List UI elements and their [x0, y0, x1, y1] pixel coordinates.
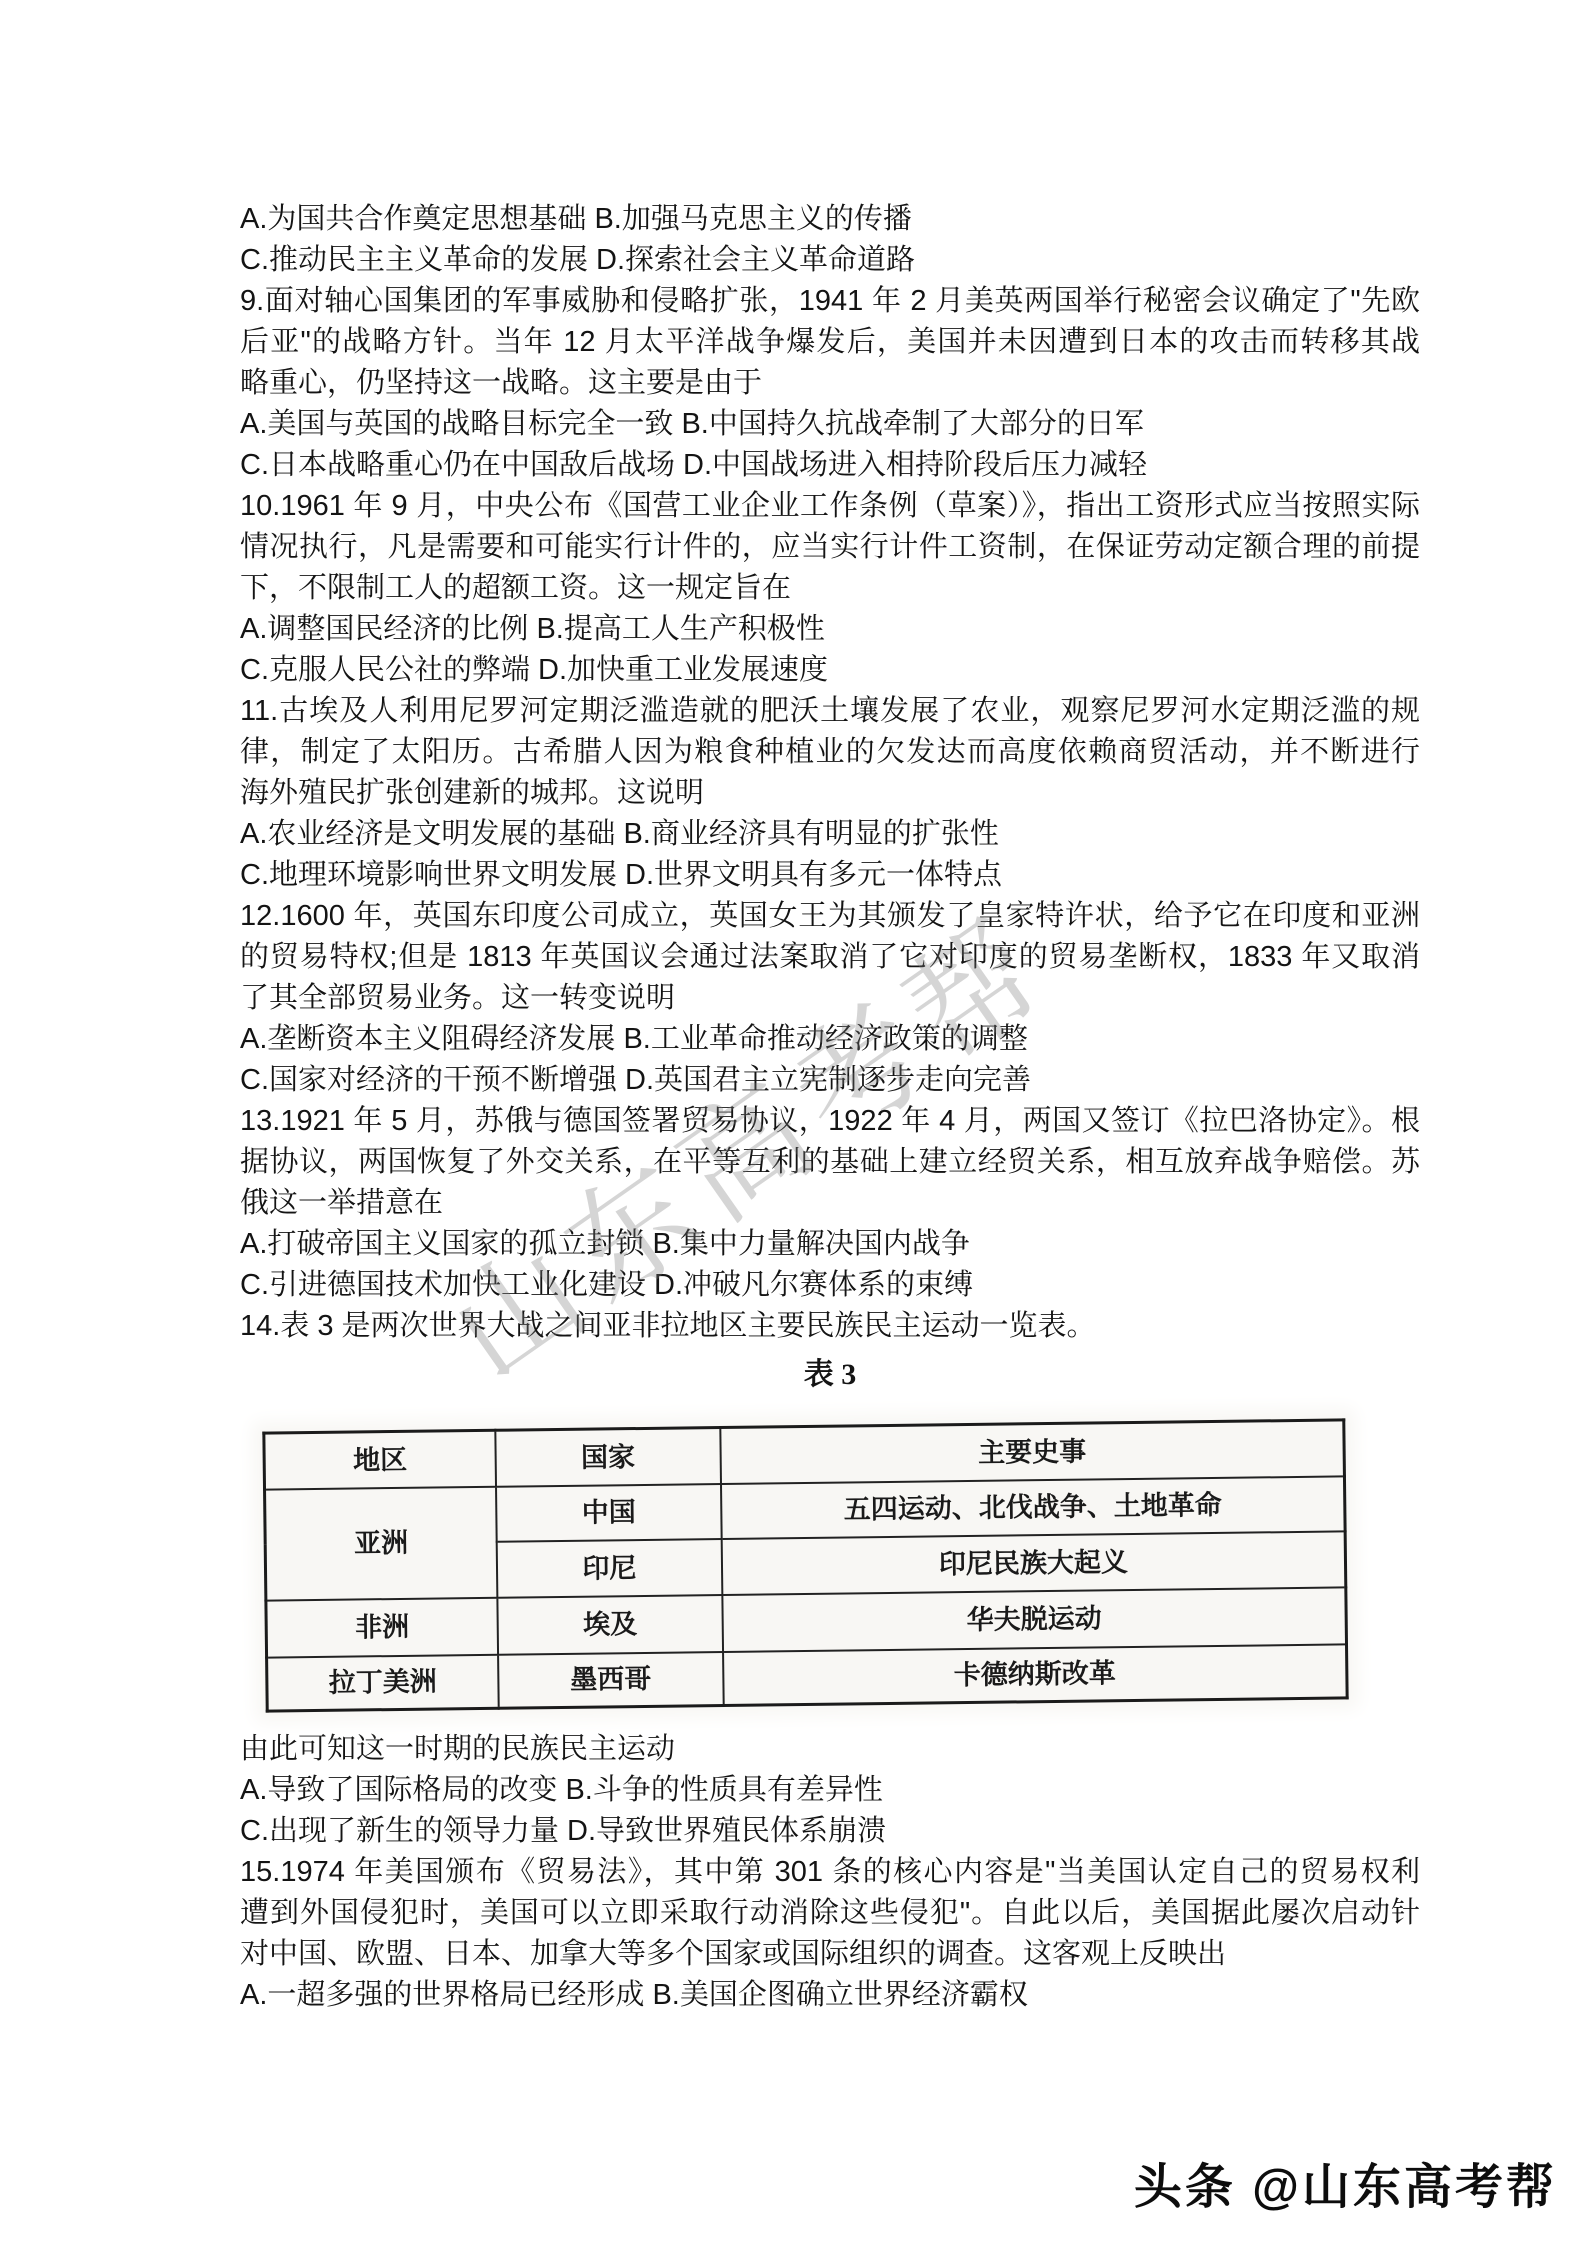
q11-stem-line3: 海外殖民扩张创建新的城邦。这说明	[240, 773, 1420, 814]
cell-events-china: 五四运动、北伐战争、土地革命	[721, 1476, 1345, 1539]
cell-events-egypt: 华夫脱运动	[722, 1587, 1346, 1652]
q12-stem-line2: 的贸易特权;但是 1813 年英国议会通过法案取消了它对印度的贸易垄断权，183…	[240, 937, 1420, 978]
q8-options-ab: A.为国共合作奠定思想基础 B.加强马克思主义的传播	[240, 199, 1420, 240]
table3-scan: 地区 国家 主要史事 亚洲 中国 五四运动、北伐战争、土地革命 印尼 印尼民族大…	[262, 1418, 1348, 1712]
q12-stem-line3: 了其全部贸易业务。这一转变说明	[240, 978, 1420, 1019]
q12-options-cd: C.国家对经济的干预不断增强 D.英国君主立宪制逐步走向完善	[240, 1060, 1420, 1101]
q10-options-ab: A.调整国民经济的比例 B.提高工人生产积极性	[240, 609, 1420, 650]
q12-stem-line1: 12.1600 年，英国东印度公司成立，英国女王为其颁发了皇家特许状，给予它在印…	[240, 896, 1420, 937]
q14-options-ab: A.导致了国际格局的改变 B.斗争的性质具有差异性	[240, 1770, 1420, 1811]
q15-options-ab: A.一超多强的世界格局已经形成 B.美国企图确立世界经济霸权	[240, 1975, 1420, 2016]
q9-stem-line3: 略重心，仍坚持这一战略。这主要是由于	[240, 363, 1420, 404]
cell-country-mexico: 墨西哥	[498, 1652, 724, 1708]
q15-stem-line1: 15.1974 年美国颁布《贸易法》，其中第 301 条的核心内容是"当美国认定…	[240, 1852, 1420, 1893]
q11-options-cd: C.地理环境影响世界文明发展 D.世界文明具有多元一体特点	[240, 855, 1420, 896]
q8-options-cd: C.推动民主主义革命的发展 D.探索社会主义革命道路	[240, 240, 1420, 281]
q10-stem-line2: 情况执行，凡是需要和可能实行计件的，应当实行计件工资制，在保证劳动定额合理的前提	[240, 527, 1420, 568]
q13-stem-line3: 俄这一举措意在	[240, 1183, 1420, 1224]
q11-stem-line2: 律，制定了太阳历。古希腊人因为粮食种植业的欠发达而高度依赖商贸活动，并不断进行	[240, 732, 1420, 773]
table-caption: 表 3	[240, 1347, 1420, 1403]
cell-region-africa: 非洲	[266, 1598, 498, 1658]
cell-region-latin-america: 拉丁美洲	[267, 1655, 499, 1711]
q9-stem-line2: 后亚"的战略方针。当年 12 月太平洋战争爆发后，美国并未因遭到日本的攻击而转移…	[240, 322, 1420, 363]
table3: 地区 国家 主要史事 亚洲 中国 五四运动、北伐战争、土地革命 印尼 印尼民族大…	[262, 1418, 1348, 1712]
q9-options-cd: C.日本战略重心仍在中国敌后战场 D.中国战场进入相持阶段后压力减轻	[240, 445, 1420, 486]
cell-country-indonesia: 印尼	[497, 1539, 723, 1598]
q14-conclusion: 由此可知这一时期的民族民主运动	[240, 1729, 1420, 1770]
q15-stem-line2: 遭到外国侵犯时，美国可以立即采取行动消除这些侵犯"。自此以后，美国据此屡次启动针	[240, 1893, 1420, 1934]
header-events: 主要史事	[720, 1420, 1344, 1484]
cell-country-china: 中国	[496, 1484, 722, 1542]
cell-events-indonesia: 印尼民族大起义	[722, 1531, 1346, 1595]
q9-stem-line1: 9.面对轴心国集团的军事威胁和侵略扩张，1941 年 2 月美英两国举行秘密会议…	[240, 281, 1420, 322]
q14-stem: 14.表 3 是两次世界大战之间亚非拉地区主要民族民主运动一览表。	[240, 1306, 1420, 1347]
q13-options-cd: C.引进德国技术加快工业化建设 D.冲破凡尔赛体系的束缚	[240, 1265, 1420, 1306]
cell-country-egypt: 埃及	[497, 1595, 723, 1655]
q14-options-cd: C.出现了新生的领导力量 D.导致世界殖民体系崩溃	[240, 1811, 1420, 1852]
q13-stem-line1: 13.1921 年 5 月，苏俄与德国签署贸易协议，1922 年 4 月，两国又…	[240, 1101, 1420, 1142]
q9-options-ab: A.美国与英国的战略目标完全一致 B.中国持久抗战牵制了大部分的日军	[240, 404, 1420, 445]
cell-events-mexico: 卡德纳斯改革	[723, 1644, 1347, 1705]
q10-stem-line3: 下，不限制工人的超额工资。这一规定旨在	[240, 568, 1420, 609]
header-region: 地区	[264, 1430, 496, 1489]
q13-stem-line2: 据协议，两国恢复了外交关系，在平等互利的基础上建立经贸关系，相互放弃战争赔偿。苏	[240, 1142, 1420, 1183]
q13-options-ab: A.打破帝国主义国家的孤立封锁 B.集中力量解决国内战争	[240, 1224, 1420, 1265]
exam-page-body: A.为国共合作奠定思想基础 B.加强马克思主义的传播 C.推动民主主义革命的发展…	[240, 199, 1420, 2016]
q12-options-ab: A.垄断资本主义阻碍经济发展 B.工业革命推动经济政策的调整	[240, 1019, 1420, 1060]
q10-stem-line1: 10.1961 年 9 月，中央公布《国营工业企业工作条例（草案）》，指出工资形…	[240, 486, 1420, 527]
q11-options-ab: A.农业经济是文明发展的基础 B.商业经济具有明显的扩张性	[240, 814, 1420, 855]
header-country: 国家	[495, 1428, 721, 1487]
cell-region-asia: 亚洲	[265, 1487, 498, 1601]
q10-options-cd: C.克服人民公社的弊端 D.加快重工业发展速度	[240, 650, 1420, 691]
toutiao-account-badge: 头条 @山东高考帮	[1134, 2148, 1557, 2217]
q11-stem-line1: 11.古埃及人利用尼罗河定期泛滥造就的肥沃土壤发展了农业，观察尼罗河水定期泛滥的…	[240, 691, 1420, 732]
q15-stem-line3: 对中国、欧盟、日本、加拿大等多个国家或国际组织的调查。这客观上反映出	[240, 1934, 1420, 1975]
